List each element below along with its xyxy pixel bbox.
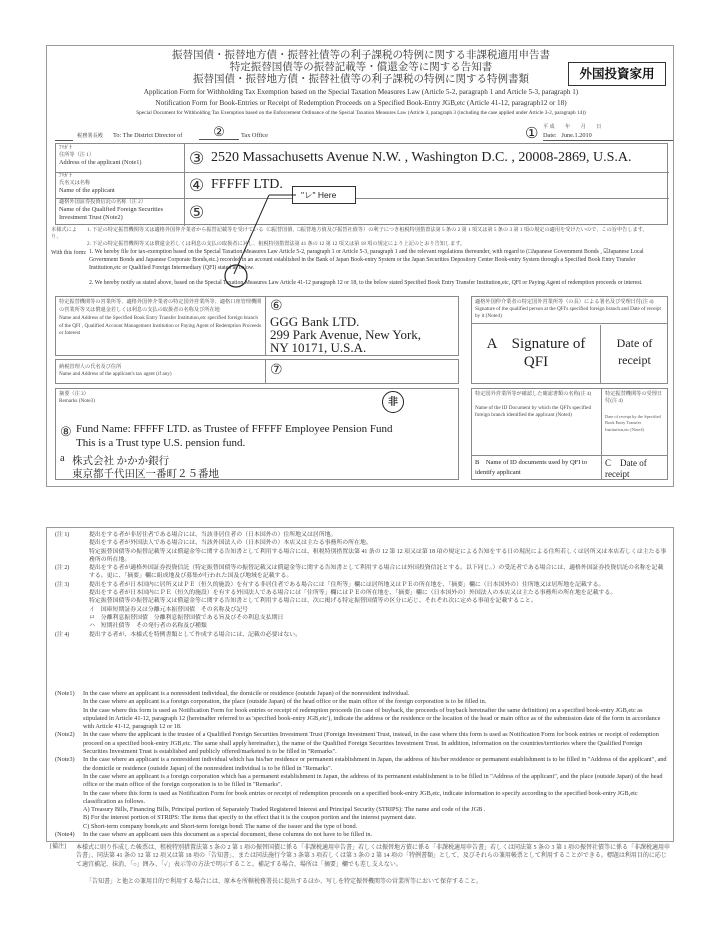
marker-4: ④	[189, 177, 204, 194]
remarks-box[interactable]: 摘要（注 3） Remarks (Note3) 非 ⑧ Fund Name: F…	[55, 388, 459, 480]
note-line: 提出をする者が日本国内にＰＥ（恒久的施設）を有する外国法人である場合には「住所等…	[89, 589, 667, 597]
institution-line-3: NY 10171, U.S.A.	[270, 340, 366, 355]
date-jp: 平 成 年 月 日	[543, 124, 668, 131]
trust-label-cell: 適格外国証券投資信託の名称（注 2） Name of the Qualified…	[56, 198, 185, 226]
foreign-investor-badge: 外国投資家用	[568, 62, 666, 86]
remarks-line-2: This is a Trust type U.S. pension fund.	[76, 437, 245, 449]
note-line: イ 国庫短期証券又は分離元本振替国債 その名称及び記号	[89, 606, 667, 614]
non-taxable-stamp: 非	[382, 391, 404, 413]
note-line: In the case where this form is used as N…	[83, 790, 667, 807]
en-title-3: Special Document for Withholding Tax Exe…	[47, 109, 675, 117]
name-value: FFFFF LTD.	[211, 177, 283, 193]
trust-label-jp: 適格外国証券投資信託の名称（注 2）	[59, 199, 181, 206]
note-block: (Note1)In the case where an applicant is…	[47, 690, 673, 731]
date-value: June.1.2010	[561, 132, 591, 139]
to-label: To: The District Director of	[113, 132, 182, 140]
note-label: (注 2)	[55, 564, 69, 572]
marker-6: ⑥	[270, 298, 283, 315]
remarks-label-en: Remarks (Note3)	[59, 398, 95, 405]
note-label: (Note2)	[55, 731, 75, 739]
notes-en: (Note1)In the case where an applicant is…	[47, 690, 673, 839]
signature-label-cell: 適格外国仲介業者の特定国外営業所等（の長）による署名及び受理日付(注 4) Si…	[472, 297, 667, 324]
addressee-row: 税務署長殿 To: The District Director of ② Tax…	[55, 124, 668, 142]
note-label: (Note1)	[55, 690, 75, 698]
date-field[interactable]: Date: June.1.2010	[543, 132, 673, 141]
trust-label-en: Name of the Qualified Foreign Securities…	[59, 206, 181, 223]
form-panel: 振替国債・振替地方債・振替社債等の利子課税の特例に関する非課税適用申告書 特定振…	[46, 45, 674, 487]
note-block: (注 2)提出をする者が適格外国証券投資信託（特定振替国債等の振替記載又は償還金…	[47, 564, 673, 581]
receipt-date-label-en: Date of receipt by the Specified Book En…	[605, 414, 665, 433]
remarks-line-1: Fund Name: FFFFF LTD. as Trustee of FFFF…	[76, 423, 393, 435]
qfi-receipt-date-field[interactable]: Date of receipt	[602, 325, 667, 383]
tax-agent-label-cell: 納税管理人の氏名及び住所 Name and Address of the app…	[56, 360, 266, 383]
note-line: 提出をする者が非居住者である場合には、当該非居住者の（日本国外の）住所地又は居所…	[89, 531, 667, 539]
footer-line-2: 「告知書」と他との兼用目的で利用する場合には、原本を所轄税務署長に提出するほか、…	[86, 878, 670, 886]
en-title-1: Application Form for Withholding Tax Exe…	[47, 87, 675, 97]
address-label-en: Address of the applicant (Note1)	[59, 159, 181, 167]
note-line: 特定振替国債等の振替記載等又は償還金等に関する告知書として利用する場合には、次に…	[89, 597, 667, 605]
name-label-jp: 氏名又は名称	[59, 180, 181, 187]
tax-office-suffix: Tax Office	[241, 132, 268, 140]
statement-en-item-1: 1. We hereby file for tax-exemption base…	[89, 249, 667, 272]
note-line: ロ 分離利息振替国債 分離利息振替国債である旨及びその利息支払期日	[89, 614, 667, 622]
note-line: In the case where an applicant is a fore…	[83, 698, 667, 706]
note-label: (注 3)	[55, 581, 69, 589]
address-kana: ﾌﾘｶﾞﾅ	[59, 145, 181, 152]
tax-office-field[interactable]: ②	[199, 124, 239, 140]
statement-jp-intro: 本様式により、	[51, 227, 87, 241]
signature-label-en: Signature of the qualified person at the…	[475, 306, 664, 320]
address-field[interactable]: ③ 2520 Massachusetts Avenue N.W. , Washi…	[185, 144, 669, 173]
statement-en-intro: With this form:	[51, 249, 87, 257]
name-kana: ﾌﾘｶﾞﾅ	[59, 173, 181, 180]
marker-7: ⑦	[270, 362, 283, 379]
note-line: In the case where an applicant uses this…	[83, 831, 667, 839]
id-label-jp: 特定国外営業所等が確認した確認書類の名称(注 4)	[475, 391, 598, 398]
applicant-table: ﾌﾘｶﾞﾅ 住所等（注 1） Address of the applicant …	[55, 143, 668, 225]
signature-label-jp: 適格外国仲介業者の特定国外営業所等（の長）による署名及び受理日付(注 4)	[475, 299, 664, 306]
note-line: 提出する者が、本様式を特例書類として作成する場合には、記載の必要はない。	[89, 631, 667, 639]
note-line: ハ 短期社債等 その発行者の名称及び種類	[89, 622, 667, 630]
marker-8: ⑧	[60, 423, 72, 440]
remarks-jp-prefix: a	[60, 453, 65, 464]
note-label: (Note3)	[55, 756, 75, 764]
tax-agent-label-jp: 納税管理人の氏名及び住所	[59, 364, 262, 371]
note-line: 提出をする者が外国法人である場合には、当該外国法人の（日本国外の）本店又は主たる…	[89, 539, 667, 547]
blank-line	[55, 132, 75, 141]
tax-agent-field[interactable]: ⑦	[267, 360, 458, 383]
id-label-en: Name of the ID Document by which the QFI…	[475, 405, 598, 419]
note-line: 特定振替国債等の振替記載等又は償還金等に関する告知書として利用する場合には、租税…	[89, 548, 667, 565]
note-block: (Note3)In the case where an applicant is…	[47, 756, 673, 831]
notes-panel: (注 1)提出をする者が非居住者である場合には、当該非居住者の（日本国外の）住所…	[46, 527, 674, 842]
note-line: In the case where an applicant is a nonr…	[83, 756, 667, 773]
id-document-cell[interactable]: 特定国外営業所等が確認した確認書類の名称(注 4) Name of the ID…	[472, 389, 602, 479]
tax-agent-label-en: Name and Address of the applicant's tax …	[59, 371, 262, 378]
note-block: (Note2)In the case where the applicant i…	[47, 731, 673, 756]
footer-line-1: 本様式に則り作成した帳票は、租税特別措置法第 5 条の 2 第 1 項の振替国債…	[76, 844, 670, 869]
receipt-date-field[interactable]: C Date of receipt	[602, 455, 667, 482]
institution-label-cell: 特定振替機関等の営業所等、適格外国仲介業者の特定国外営業所等、適格口座管理機関の…	[56, 297, 266, 355]
marker-5: ⑤	[189, 204, 204, 221]
institution-label-jp: 特定振替機関等の営業所等、適格外国仲介業者の特定国外営業所等、適格口座管理機関の…	[59, 299, 262, 314]
note-block: (注 4)提出する者が、本様式を特例書類として作成する場合には、記載の必要はない…	[47, 631, 673, 639]
note-line: In the case where an applicant is a fore…	[83, 773, 667, 790]
remarks-jp-line-2: 東京都千代田区一番町２５番地	[72, 466, 219, 481]
remarks-label-jp: 摘要（注 3）	[59, 391, 89, 398]
marker-3: ③	[189, 150, 204, 167]
note-label: (注 4)	[55, 631, 69, 639]
note-label: (注 1)	[55, 531, 69, 539]
notes-jp: (注 1)提出をする者が非居住者である場合には、当該非居住者の（日本国外の）住所…	[47, 531, 673, 639]
receipt-date-label-jp: 特定振替機関等の受理日付(注 4)	[605, 391, 665, 405]
institution-box: 特定振替機関等の営業所等、適格外国仲介業者の特定国外営業所等、適格口座管理機関の…	[55, 296, 459, 356]
note-line: C) Short-term company bonds,etc and Shor…	[83, 823, 667, 831]
note-line: In the case where an applicant is a nonr…	[83, 690, 667, 698]
statement-en-item-2: 2. We hereby notify as stated above, bas…	[89, 280, 667, 288]
id-document-box: 特定国外営業所等が確認した確認書類の名称(注 4) Name of the ID…	[471, 388, 668, 480]
note-block: (注 3)提出をする者が日本国内に居所又はＰＥ（恒久的施設）を有する非居住者であ…	[47, 581, 673, 631]
statement-jp-item-2: 2. 下記の特定振替機関等又は償還金若しくは利息の支払の取扱者に対し、租税特別措…	[87, 241, 667, 248]
footer-label: [備注]	[50, 844, 66, 851]
note-label: (Note4)	[55, 831, 75, 839]
note-line: A) Treasury Bills, Financing Bills, Prin…	[83, 806, 667, 814]
address-label-jp: 住所等（注 1）	[59, 152, 181, 159]
id-document-field[interactable]: B Name of ID documents used by QFI to id…	[472, 455, 601, 480]
tax-office-jp: 税務署長殿	[77, 133, 103, 140]
address-label-cell: ﾌﾘｶﾞﾅ 住所等（注 1） Address of the applicant …	[56, 144, 185, 173]
jp-title-1: 振替国債・振替地方債・振替社債等の利子課税の特例に関する非課税適用申告書	[47, 50, 675, 62]
institution-label-en: Name and Address of the Specified Book E…	[59, 315, 262, 338]
note-block: (Note4)In the case where an applicant us…	[47, 831, 673, 839]
qfi-signature-field[interactable]: A Signature of QFI	[472, 325, 601, 383]
date-label: Date:	[543, 132, 557, 139]
institution-field[interactable]: ⑥ GGG Bank LTD. 299 Park Avenue, New Yor…	[267, 297, 458, 355]
tax-agent-box: 納税管理人の氏名及び住所 Name and Address of the app…	[55, 359, 459, 384]
name-label-cell: ﾌﾘｶﾞﾅ 氏名又は名称 Name of the applicant	[56, 172, 185, 199]
note-line: In the case where the applicant is the t…	[83, 731, 667, 756]
note-line: 提出をする者が日本国内に居所又はＰＥ（恒久的施設）を有する非居住者である場合には…	[89, 581, 667, 589]
name-label-en: Name of the applicant	[59, 187, 181, 195]
address-value: 2520 Massachusetts Avenue N.W. , Washing…	[211, 150, 632, 166]
en-title-2: Notification Form for Book-Entries or Re…	[47, 98, 675, 108]
receipt-date-cell[interactable]: 特定振替機関等の受理日付(注 4) Date of receipt by the…	[602, 389, 667, 479]
note-block: (注 1)提出をする者が非居住者である場合には、当該非居住者の（日本国外の）住所…	[47, 531, 673, 564]
note-line: B) For the interest portion of STRIPS: T…	[83, 814, 667, 822]
signature-box: 適格外国仲介業者の特定国外営業所等（の長）による署名及び受理日付(注 4) Si…	[471, 296, 668, 384]
note-line: In the case where this form is used as N…	[83, 707, 667, 732]
note-line: 提出をする者が適格外国証券投資信託（特定振替国債等の振替記載又は償還金等に関する…	[89, 564, 667, 581]
date-marker: ①	[525, 124, 538, 143]
statement-jp-item-1: 1. 下記の特定振替機関等又は適格外国仲介業者から振替記載等を受けている（□振替…	[87, 227, 667, 234]
